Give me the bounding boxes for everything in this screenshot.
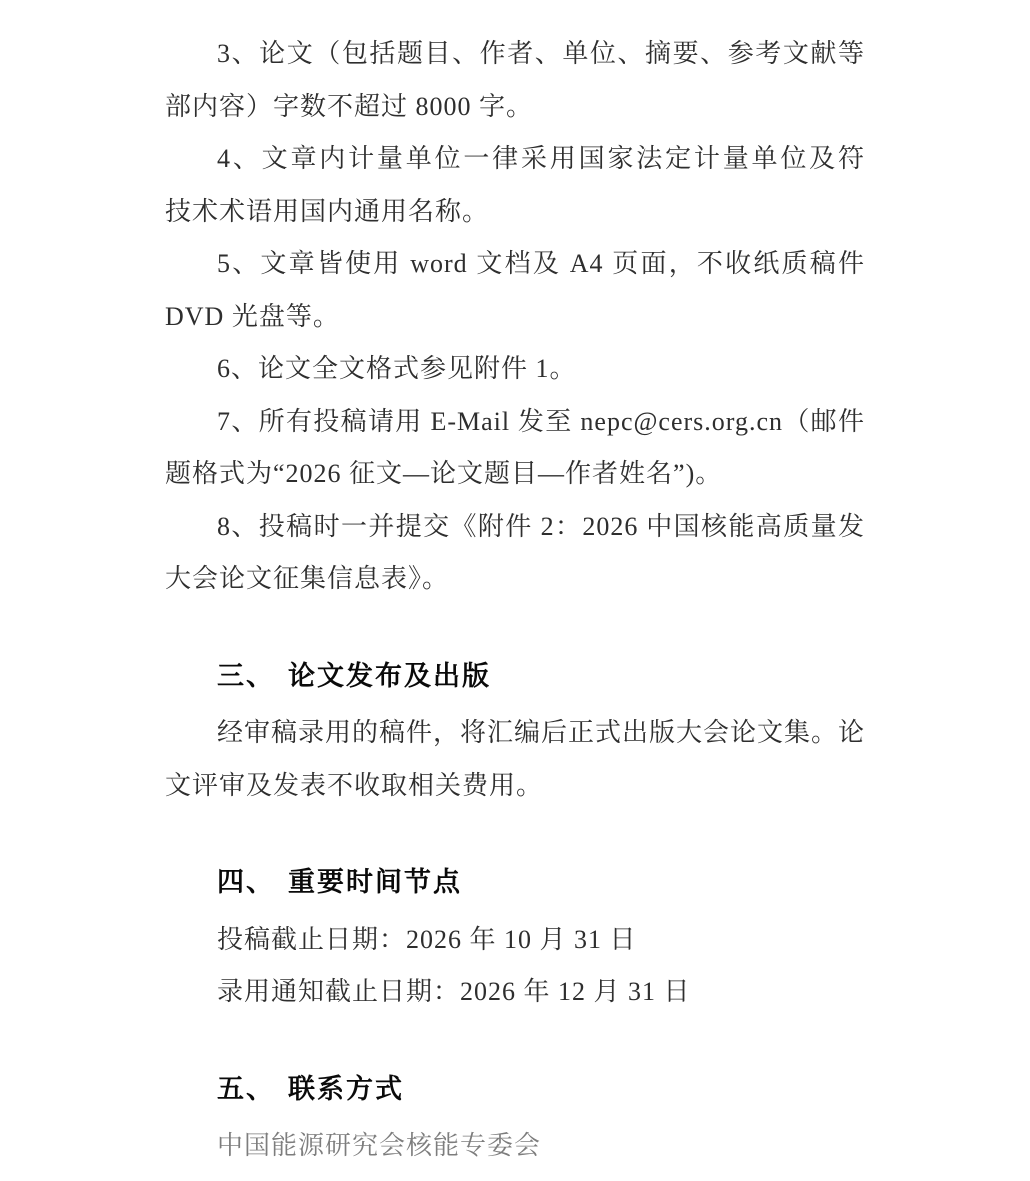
text-line: 7、所有投稿请用 E-Mail 发至 nepc@cers.org.cn（邮件主 bbox=[165, 396, 865, 449]
text-line: 3、论文（包括题目、作者、单位、摘要、参考文献等全 bbox=[165, 28, 865, 81]
section-heading-title: 联系方式 bbox=[288, 1074, 404, 1104]
section-heading: 三、论文发布及出版 bbox=[165, 650, 865, 703]
text-line: 5、文章皆使用 word 文档及 A4 页面，不收纸质稿件及 bbox=[165, 238, 865, 291]
text-line: 8、投稿时一并提交《附件 2：2026 中国核能高质量发展 bbox=[165, 501, 865, 554]
text-line: 大会论文征集信息表》。 bbox=[165, 553, 865, 606]
text-line: 经审稿录用的稿件，将汇编后正式出版大会论文集。论 bbox=[165, 707, 865, 760]
section-heading-title: 论文发布及出版 bbox=[288, 661, 491, 691]
text-line: 录用通知截止日期：2026 年 12 月 31 日 bbox=[165, 966, 865, 1019]
text-line: DVD 光盘等。 bbox=[165, 291, 865, 344]
text-line: 4、文章内计量单位一律采用国家法定计量单位及符号， bbox=[165, 133, 865, 186]
text-line: 中国能源研究会核能专委会 bbox=[165, 1120, 865, 1173]
section-heading: 四、重要时间节点 bbox=[165, 856, 865, 909]
section-heading: 五、联系方式 bbox=[165, 1063, 865, 1116]
section-heading-number: 三、 bbox=[217, 661, 275, 691]
text-line: 投稿截止日期：2026 年 10 月 31 日 bbox=[165, 914, 865, 967]
text-line: 文评审及发表不收取相关费用。 bbox=[165, 760, 865, 813]
section-heading-number: 五、 bbox=[217, 1074, 275, 1104]
text-line: 6、论文全文格式参见附件 1。 bbox=[165, 343, 865, 396]
text-line: 题格式为“2026 征文—论文题目—作者姓名”)。 bbox=[165, 448, 865, 501]
text-line: 技术术语用国内通用名称。 bbox=[165, 186, 865, 239]
document-page: 3、论文（包括题目、作者、单位、摘要、参考文献等全部内容）字数不超过 8000 … bbox=[0, 0, 1030, 1181]
section-heading-title: 重要时间节点 bbox=[288, 867, 462, 897]
document-text-body: 3、论文（包括题目、作者、单位、摘要、参考文献等全部内容）字数不超过 8000 … bbox=[165, 0, 865, 1173]
text-line: 部内容）字数不超过 8000 字。 bbox=[165, 81, 865, 134]
section-heading-number: 四、 bbox=[217, 867, 275, 897]
